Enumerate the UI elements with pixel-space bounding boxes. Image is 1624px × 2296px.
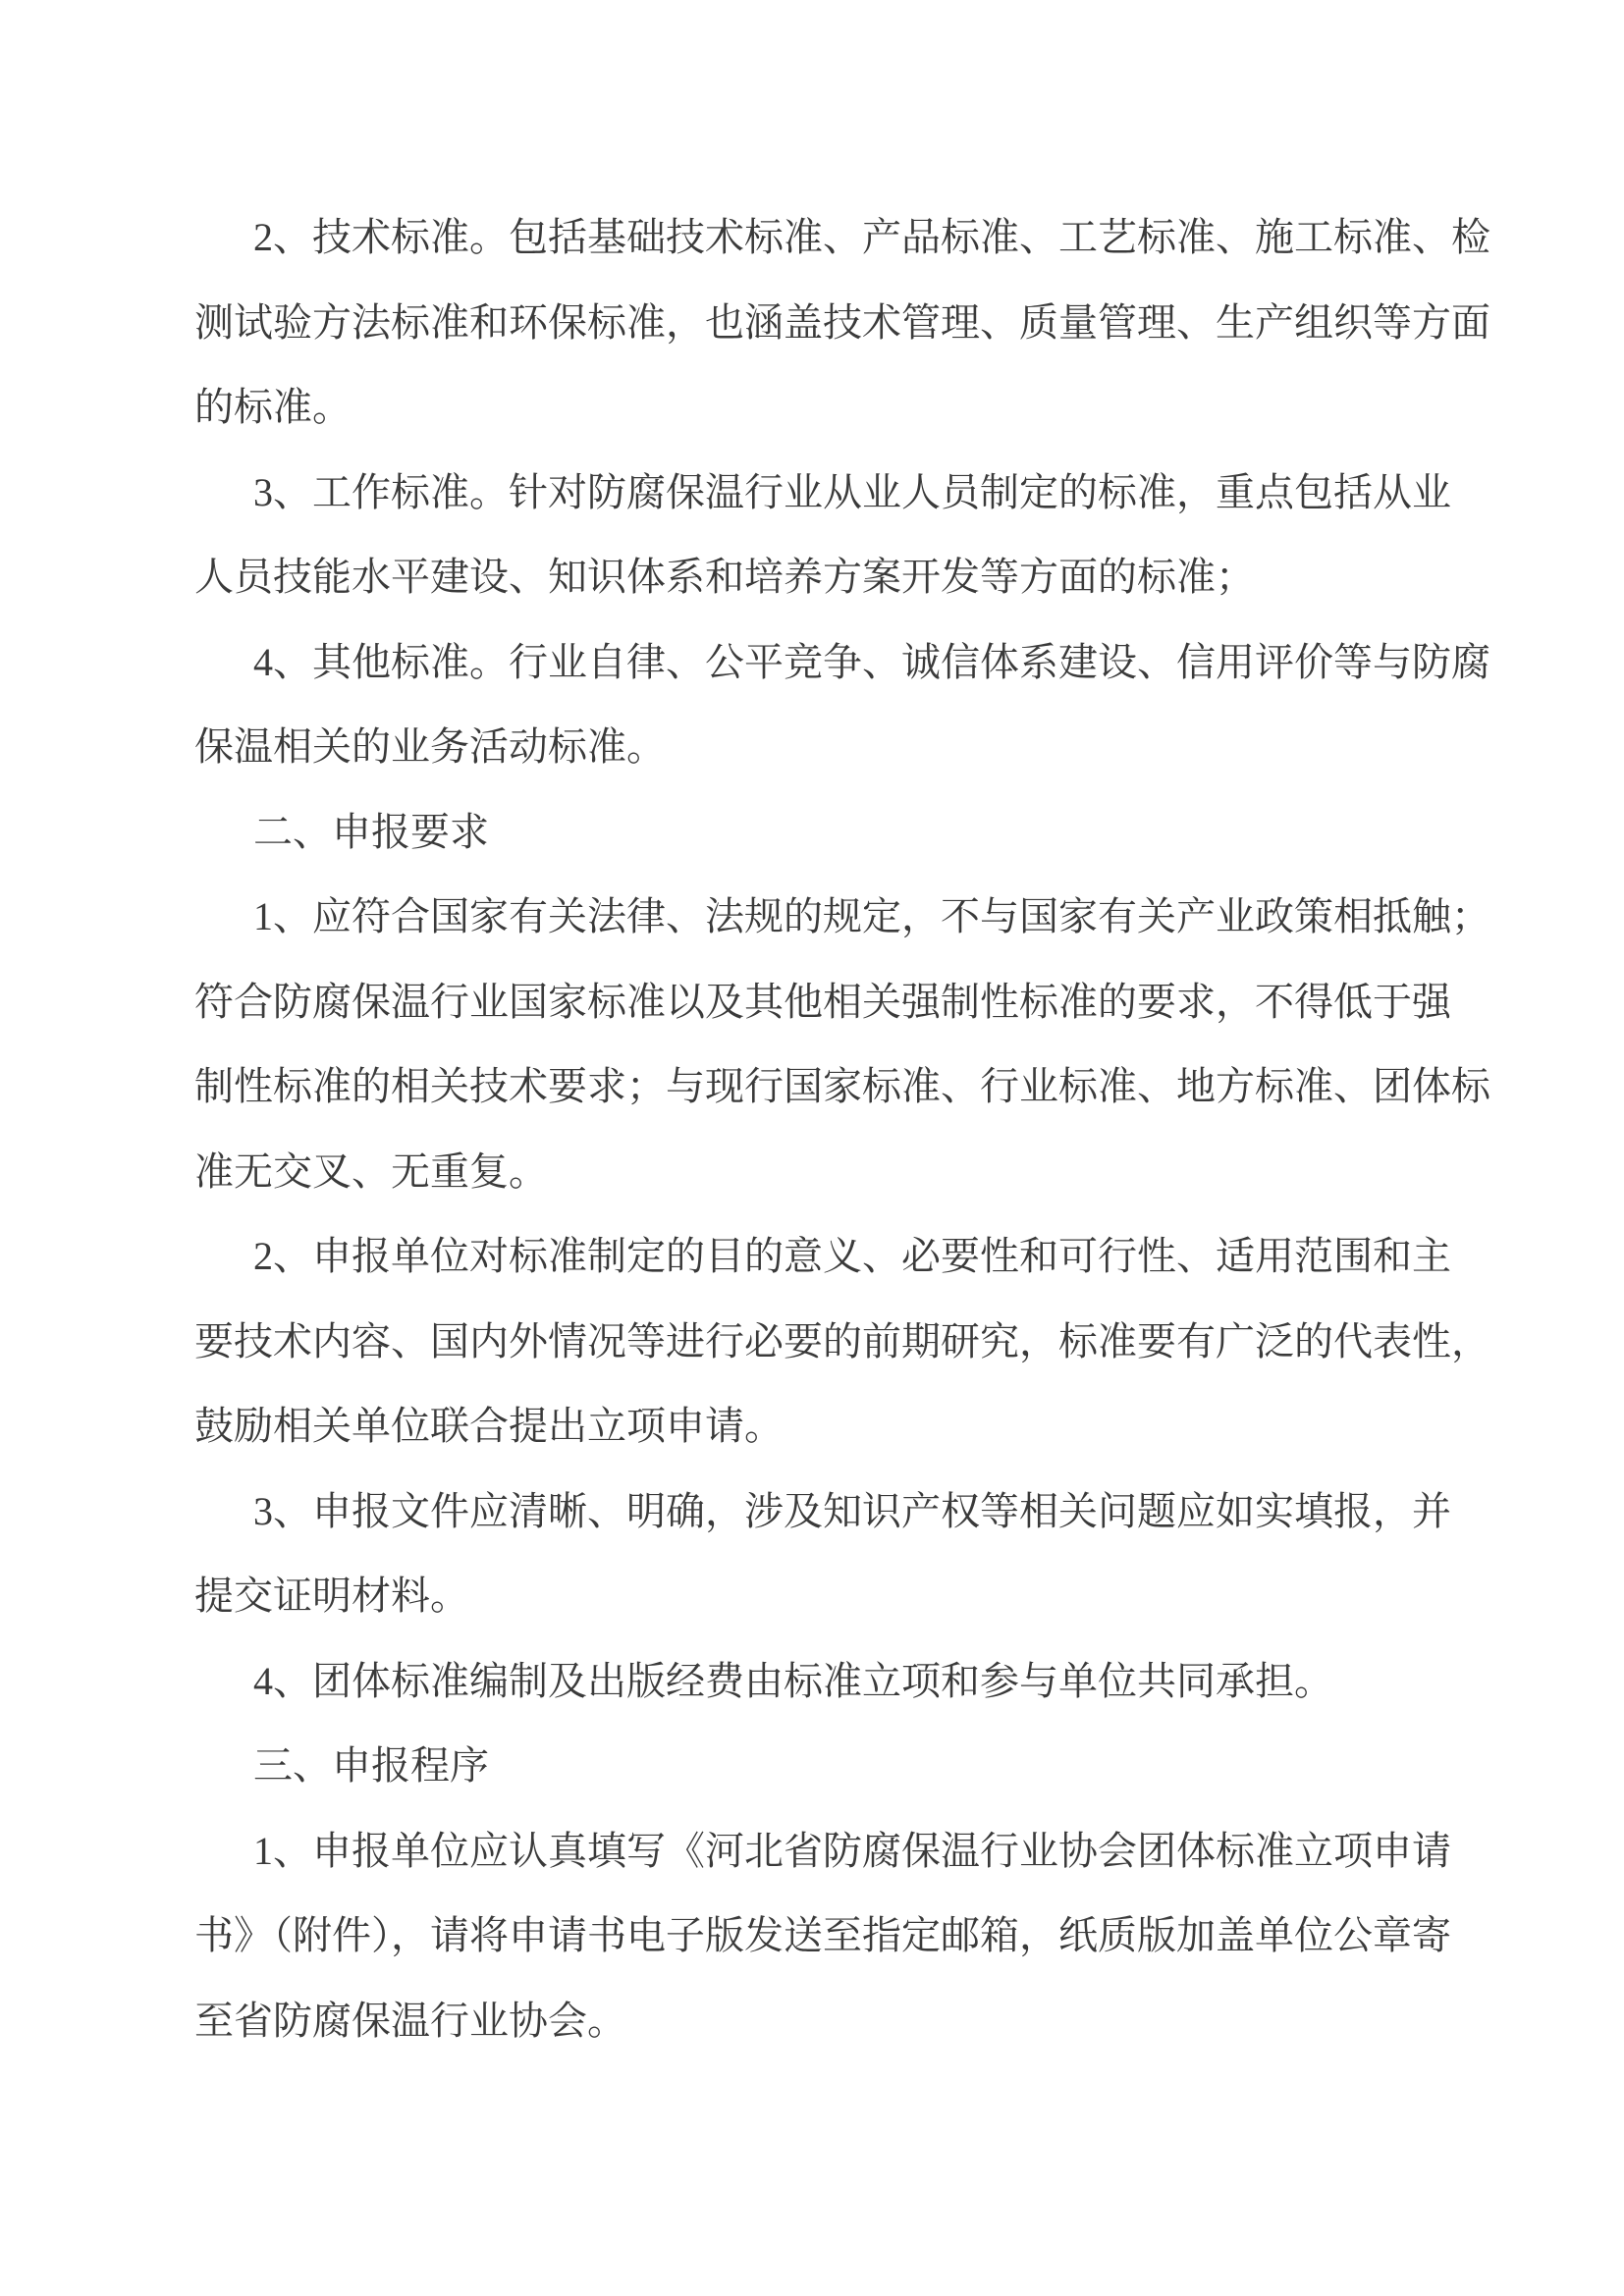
text-line: 保温相关的业务活动标准。 [194, 705, 1500, 790]
text-line: 的标准。 [194, 365, 1500, 451]
text-line: 提交证明材料。 [194, 1554, 1500, 1639]
text-line: 1、应符合国家有关法律、法规的规定，不与国家有关产业政策相抵触； [194, 875, 1500, 960]
text-line: 鼓励相关单位联合提出立项申请。 [194, 1384, 1500, 1469]
text-line: 1、申报单位应认真填写《河北省防腐保温行业协会团体标准立项申请 [194, 1809, 1500, 1895]
text-line: 三、申报程序 [194, 1724, 1500, 1809]
text-line: 准无交叉、无重复。 [194, 1130, 1500, 1215]
text-line: 3、工作标准。针对防腐保温行业从业人员制定的标准，重点包括从业 [194, 451, 1500, 536]
text-line: 至省防腐保温行业协会。 [194, 1979, 1500, 2064]
text-block: 2、技术标准。包括基础技术标准、产品标准、工艺标准、施工标准、检测试验方法标准和… [194, 195, 1500, 2063]
document-page: 2、技术标准。包括基础技术标准、产品标准、工艺标准、施工标准、检测试验方法标准和… [0, 0, 1624, 2296]
text-line: 测试验方法标准和环保标准，也涵盖技术管理、质量管理、生产组织等方面 [194, 281, 1500, 366]
text-line: 符合防腐保温行业国家标准以及其他相关强制性标准的要求，不得低于强 [194, 960, 1500, 1045]
text-line: 2、技术标准。包括基础技术标准、产品标准、工艺标准、施工标准、检 [194, 195, 1500, 281]
text-line: 二、申报要求 [194, 790, 1500, 876]
text-line: 制性标准的相关技术要求；与现行国家标准、行业标准、地方标准、团体标 [194, 1044, 1500, 1130]
text-line: 4、其他标准。行业自律、公平竞争、诚信体系建设、信用评价等与防腐 [194, 620, 1500, 706]
text-line: 书》（附件），请将申请书电子版发送至指定邮箱，纸质版加盖单位公章寄 [194, 1894, 1500, 1979]
text-line: 4、团体标准编制及出版经费由标准立项和参与单位共同承担。 [194, 1639, 1500, 1725]
text-line: 人员技能水平建设、知识体系和培养方案开发等方面的标准； [194, 535, 1500, 620]
text-line: 要技术内容、国内外情况等进行必要的前期研究，标准要有广泛的代表性， [194, 1300, 1500, 1385]
text-line: 3、申报文件应清晰、明确，涉及知识产权等相关问题应如实填报，并 [194, 1469, 1500, 1555]
text-line: 2、申报单位对标准制定的目的意义、必要性和可行性、适用范围和主 [194, 1214, 1500, 1300]
